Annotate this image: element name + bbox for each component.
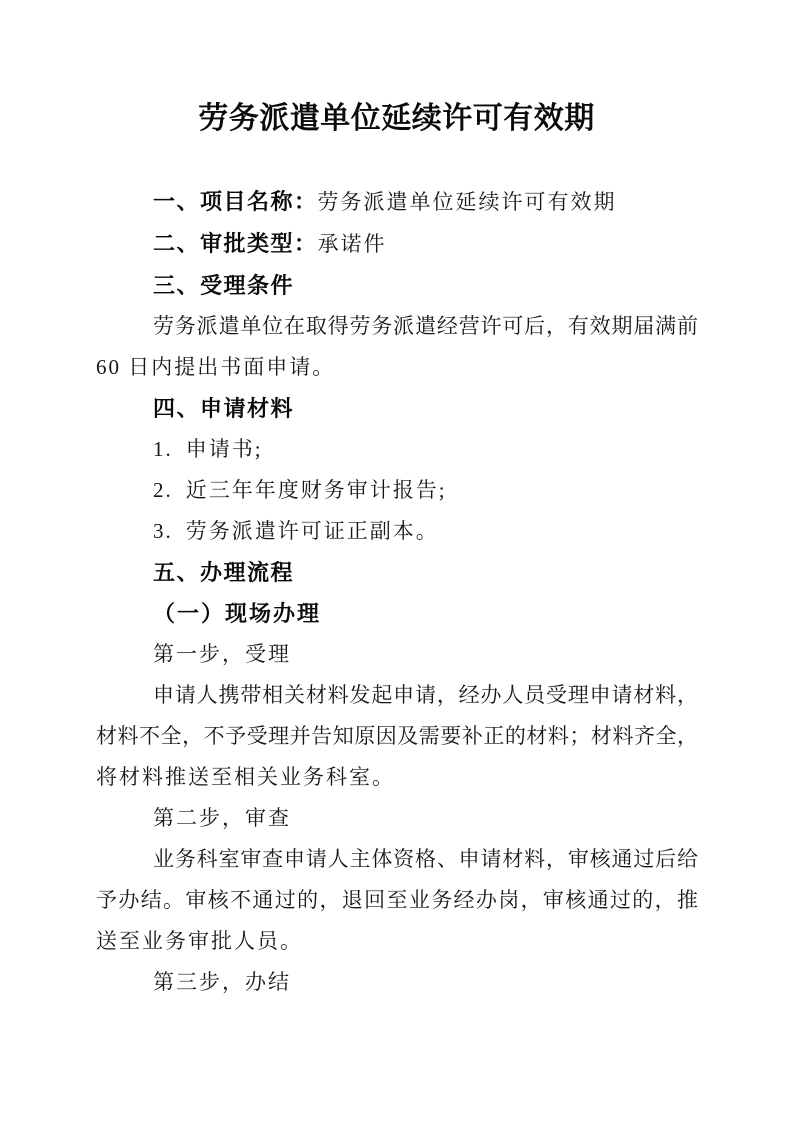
list-item-2-number: 2. <box>153 478 173 502</box>
step-2-line-1: 业务科室审查申请人主体资格、申请材料，审核通过后给 <box>96 839 698 880</box>
section-2-label: 二、审批类型： <box>153 231 318 256</box>
list-item-2-text: 近三年年度财务审计报告; <box>186 478 447 502</box>
list-item-3-number: 3. <box>153 519 173 543</box>
list-item-1: 1.申请书; <box>96 429 698 470</box>
list-item-2: 2.近三年年度财务审计报告; <box>96 470 698 511</box>
list-item-1-text: 申请书; <box>186 437 263 461</box>
section-3-paragraph-line-2: 60 日内提出书面申请。 <box>96 347 698 388</box>
section-1-label: 一、项目名称： <box>153 189 318 214</box>
section-5-heading: 五、办理流程 <box>96 552 698 593</box>
step-1-line-3: 将材料推送至相关业务科室。 <box>96 757 698 798</box>
section-2-value: 承诺件 <box>318 232 387 256</box>
section-4-heading: 四、申请材料 <box>96 388 698 429</box>
step-2-line-3: 送至业务审批人员。 <box>96 921 698 962</box>
section-3-heading: 三、受理条件 <box>96 265 698 306</box>
step-3-title: 第三步，办结 <box>96 962 698 1003</box>
section-3-paragraph-line-1: 劳务派遣单位在取得劳务派遣经营许可后，有效期届满前 <box>96 306 698 347</box>
step-1-title: 第一步，受理 <box>96 634 698 675</box>
list-item-3: 3.劳务派遣许可证正副本。 <box>96 511 698 552</box>
list-item-1-number: 1. <box>153 437 173 461</box>
section-1-heading: 一、项目名称：劳务派遣单位延续许可有效期 <box>96 181 698 223</box>
document-body: 一、项目名称：劳务派遣单位延续许可有效期 二、审批类型：承诺件 三、受理条件 劳… <box>96 181 698 1003</box>
section-1-value: 劳务派遣单位延续许可有效期 <box>318 190 617 214</box>
document-page: 劳务派遣单位延续许可有效期 一、项目名称：劳务派遣单位延续许可有效期 二、审批类… <box>0 0 793 1122</box>
step-2-line-2: 予办结。审核不通过的，退回至业务经办岗，审核通过的，推 <box>96 880 698 921</box>
section-2-heading: 二、审批类型：承诺件 <box>96 223 698 265</box>
list-item-3-text: 劳务派遣许可证正副本。 <box>186 519 439 543</box>
step-1-line-2: 材料不全，不予受理并告知原因及需要补正的材料；材料齐全， <box>96 716 698 757</box>
step-1-line-1: 申请人携带相关材料发起申请，经办人员受理申请材料， <box>96 675 698 716</box>
document-title: 劳务派遣单位延续许可有效期 <box>0 0 793 141</box>
subsection-1-heading: （一）现场办理 <box>96 593 698 634</box>
step-2-title: 第二步，审查 <box>96 798 698 839</box>
